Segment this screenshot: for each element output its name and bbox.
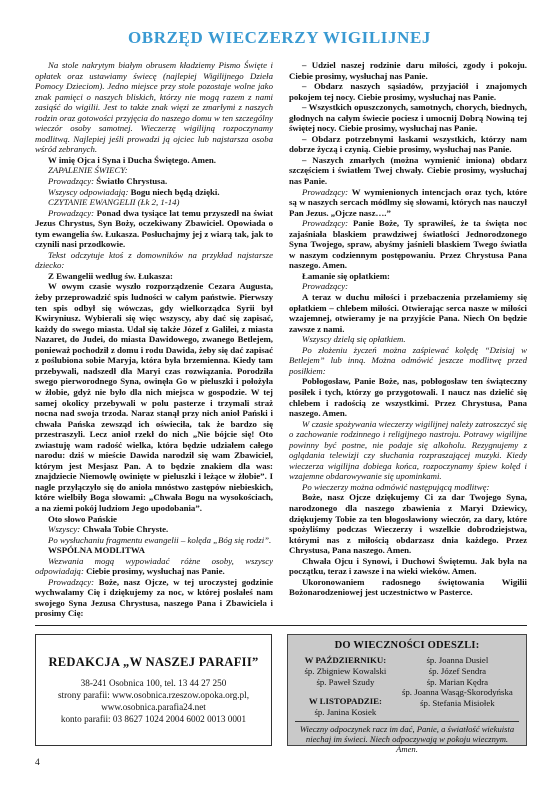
deceased-name: śp. Stefania Misiołek: [396, 698, 519, 709]
page-number: 4: [35, 758, 40, 768]
paragraph: W imię Ojca i Syna i Ducha Świętego. Ame…: [35, 155, 273, 166]
october-names: śp. Zbigniew Kowalskiśp. Paweł Szudy: [295, 666, 396, 688]
paragraph: – Obdarz potrzebnymi łaskami wszystkich,…: [289, 134, 527, 155]
paragraph: Prowadzący: Światło Chrystusa.: [35, 176, 273, 187]
paragraph: Prowadzący:: [289, 281, 527, 292]
editorial-contact-lines: 38-241 Osobnica 100, tel. 13 44 27 250st…: [58, 677, 249, 725]
left-column: Na stole nakrytym białym obrusem kładzie…: [35, 60, 273, 622]
paragraph: Chwała Ojcu i Synowi, i Duchowi Świętemu…: [289, 556, 527, 577]
paragraph: Po wysłuchaniu fragmentu ewangelii – kol…: [35, 535, 273, 546]
deceased-name: śp. Joanna Dusiel: [396, 655, 519, 666]
deceased-name: śp. Zbigniew Kowalski: [295, 666, 396, 677]
paragraph: CZYTANIE EWANGELII (Łk 2, 1-14): [35, 197, 273, 208]
paragraph: Po wieczerzy można odmówić następującą m…: [289, 482, 527, 493]
editorial-box-title: REDAKCJA „W NASZEJ PARAFII”: [48, 655, 258, 670]
footer-boxes: REDAKCJA „W NASZEJ PARAFII” 38-241 Osobn…: [35, 634, 527, 746]
editorial-contact-line: 38-241 Osobnica 100, tel. 13 44 27 250: [58, 677, 249, 689]
deceased-name: śp. Janina Kosiek: [295, 707, 396, 718]
paragraph: Po złożeniu życzeń można zaśpiewać kolęd…: [289, 345, 527, 377]
paragraph: Z Ewangelii według św. Łukasza:: [35, 271, 273, 282]
deceased-name: śp. Józef Sendra: [396, 666, 519, 677]
spacer: [295, 687, 396, 696]
deceased-name: śp. Joanna Wasąg-Skorodyńska: [396, 687, 519, 698]
paragraph: Oto słowo Pańskie: [35, 514, 273, 525]
paragraph: W czasie spożywania wieczerzy wigilijnej…: [289, 419, 527, 482]
november-names: śp. Janina Kosiek: [295, 707, 396, 718]
paragraph: Prowadzący: Panie Boże, Ty sprawiłeś, że…: [289, 218, 527, 271]
article-body: Na stole nakrytym białym obrusem kładzie…: [35, 60, 527, 622]
paragraph: Wszyscy dzielą się opłatkiem.: [289, 334, 527, 345]
paragraph: – Wszystkich opuszczonych, samotnych, ch…: [289, 102, 527, 134]
paragraph: – Udziel naszej rodzinie daru miłości, z…: [289, 60, 527, 81]
paragraph: Na stole nakrytym białym obrusem kładzie…: [35, 60, 273, 155]
editorial-box: REDAKCJA „W NASZEJ PARAFII” 38-241 Osobn…: [35, 634, 272, 746]
editorial-contact-line: strony parafii: www.osobnica.rzeszow.opo…: [58, 689, 249, 701]
deceased-name: śp. Marian Kędra: [396, 677, 519, 688]
deceased-box: DO WIECZNOŚCI ODESZLI: W PAŹDZIERNIKU: ś…: [287, 634, 527, 746]
paragraph: – Obdarz naszych sąsiadów, przyjaciół i …: [289, 81, 527, 102]
paragraph: A teraz w duchu miłości i przebaczenia p…: [289, 292, 527, 334]
paragraph: Prowadzący: W wymienionych intencjach or…: [289, 187, 527, 219]
horizontal-divider: [35, 625, 527, 626]
paragraph: Wszyscy: Chwała Tobie Chryste.: [35, 524, 273, 535]
paragraph: Wezwania mogą wypowiadać różne osoby, ws…: [35, 556, 273, 577]
eternal-rest-prayer: Wieczny odpoczynek racz im dać, Panie, a…: [295, 721, 519, 755]
editorial-contact-line: www.osobnica.parafia24.net: [58, 701, 249, 713]
editorial-contact-line: konto parafii: 03 8627 1024 2004 6002 00…: [58, 713, 249, 725]
paragraph: ZAPALENIE ŚWIECY:: [35, 165, 273, 176]
deceased-column-left: W PAŹDZIERNIKU: śp. Zbigniew Kowalskiśp.…: [295, 655, 396, 718]
paragraph: Tekst odczytuje ktoś z domowników na prz…: [35, 250, 273, 271]
right-column: – Udziel naszej rodzinie daru miłości, z…: [289, 60, 527, 622]
paragraph: Ukoronowaniem radosnego świętowania Wigi…: [289, 577, 527, 598]
paragraph: – Naszych zmarłych (można wymienić imion…: [289, 155, 527, 187]
month-header-november: W LISTOPADZIE:: [295, 696, 396, 707]
deceased-name: śp. Paweł Szudy: [295, 677, 396, 688]
month-header-october: W PAŹDZIERNIKU:: [295, 655, 396, 666]
paragraph: Prowadzący: Ponad dwa tysiące lat temu p…: [35, 208, 273, 250]
paragraph: Wszyscy odpowiadają: Bogu niech będą dzi…: [35, 187, 273, 198]
deceased-column-right: śp. Joanna Dusielśp. Józef Sendraśp. Mar…: [396, 655, 519, 718]
paragraph: Pobłogosław, Panie Boże, nas, pobłogosła…: [289, 376, 527, 418]
deceased-box-title: DO WIECZNOŚCI ODESZLI:: [295, 640, 519, 651]
deceased-columns: W PAŹDZIERNIKU: śp. Zbigniew Kowalskiśp.…: [295, 655, 519, 718]
paragraph: WSPÓLNA MODLITWA: [35, 545, 273, 556]
page-title: OBRZĘD WIECZERZY WIGILIJNEJ: [0, 28, 559, 48]
newsletter-page: OBRZĘD WIECZERZY WIGILIJNEJ Na stole nak…: [0, 0, 559, 790]
paragraph: W owym czasie wyszło rozporządzenie Ceza…: [35, 281, 273, 513]
paragraph: Prowadzący: Boże, nasz Ojcze, w tej uroc…: [35, 577, 273, 619]
paragraph: Łamanie się opłatkiem:: [289, 271, 527, 282]
paragraph: Boże, nasz Ojcze dziękujemy Ci za dar Tw…: [289, 492, 527, 555]
